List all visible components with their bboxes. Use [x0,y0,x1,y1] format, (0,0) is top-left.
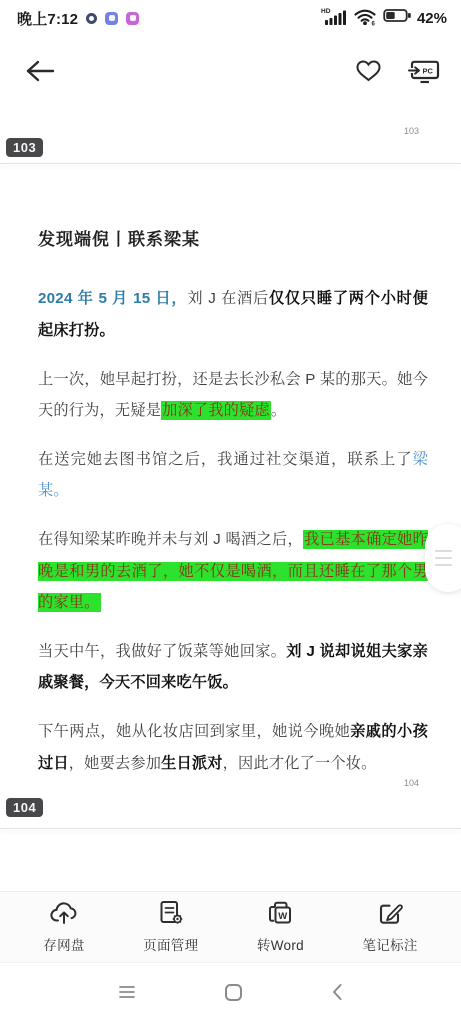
paragraph-text: 下午两点，她从化妆店回到家里，她说今晚她 [38,723,350,740]
back-button[interactable] [24,58,56,87]
page-manage-button[interactable]: 页面管理 [143,900,198,954]
paragraph-6: 下午两点，她从化妆店回到家里，她说今晚她亲戚的小孩过日，她要去参加生日派对，因此… [38,716,428,779]
pc-label: PC [423,67,434,76]
paragraph-4: 在得知梁某昨晚并未与刘 J 喝酒之后，我已基本确定她昨晚是和男的去酒了，她不仅是… [38,524,428,619]
paragraph-text: ，因此才化了一个妆。 [223,755,377,772]
paragraph-text: 在得知梁某昨晚并未与刘 J 喝酒之后， [38,531,303,548]
send-to-pc-button[interactable]: PC [408,57,441,87]
tool-label: 存网盘 [43,934,84,954]
page-manage-icon [157,900,185,929]
back-arrow-icon [24,58,56,87]
chevron-left-icon [331,983,343,1004]
screen: 晚上7:12 HD [0,0,461,1024]
notification-dot-icon [86,13,97,24]
document-title: 发现端倪丨联系梁某 [38,222,428,257]
notification-app-icon-blue [105,12,118,25]
scroll-handle[interactable] [425,524,461,592]
nav-back-button[interactable] [331,983,343,1004]
page-divider [0,828,461,830]
tool-label: 转Word [257,934,304,954]
page-badge-103: 103 [6,138,43,157]
paragraph-3: 在送完她去图书馆之后，我通过社交渠道，联系上了梁某。 [38,444,428,507]
paragraph-text: 。 [271,402,286,419]
app-bar: PC [0,44,461,100]
battery-percent: 42% [417,10,447,27]
note-annotate-icon [377,900,404,929]
note-annotate-button[interactable]: 笔记标注 [362,900,417,954]
favorite-button[interactable] [355,59,382,86]
paragraph-text: 刘 J 在酒后 [187,290,269,307]
page-corner-number-103: 103 [404,126,419,136]
page-badge-104: 104 [6,798,43,817]
system-nav-bar [0,962,461,1024]
word-glyph: W [279,911,288,922]
bold-text: 生日派对 [161,755,223,772]
battery-icon [383,8,412,28]
tool-label: 笔记标注 [362,934,417,954]
bottom-toolbar: 存网盘 页面管理 [0,891,461,962]
convert-word-button[interactable]: W 转Word [257,900,304,954]
status-time: 晚上7:12 [17,8,78,29]
nav-home-button[interactable] [224,983,243,1005]
wifi6-label: 6 [371,21,375,25]
page-corner-number-104: 104 [404,778,419,788]
paragraph-2: 上一次，她早起打扮，还是去长沙私会 P 某的那天。她今天的行为，无疑是加深了我的… [38,364,428,427]
send-to-pc-icon: PC [408,57,441,87]
wifi-icon: 6 [353,6,378,31]
paragraph-text: 在送完她去图书馆之后，我通过社交渠道，联系上了 [38,451,413,468]
paragraph-5: 当天中午，我做好了饭菜等她回家。刘 J 说却说姐夫家亲戚聚餐，今天不回来吃午饭。 [38,636,428,699]
highlighted-text: 加深了我的疑虑 [161,401,271,420]
convert-word-icon: W [266,900,294,929]
paragraph-text: 当天中午，我做好了饭菜等她回家。 [38,643,286,660]
notification-app-icon-purple [126,12,139,25]
save-to-cloud-button[interactable]: 存网盘 [43,900,84,954]
status-bar: 晚上7:12 HD [0,0,461,36]
tool-label: 页面管理 [143,934,198,954]
heart-icon [355,59,382,86]
paragraph-text: ，她要去参加 [69,755,161,772]
nav-menu-button[interactable] [118,985,136,1002]
menu-icon [118,985,136,1002]
signal-icon: HD [318,6,348,31]
home-square-icon [224,983,243,1005]
paragraph-1: 2024 年 5 月 15 日，刘 J 在酒后仅仅只睡了两个小时便起床打扮。 [38,283,428,346]
document-page: 发现端倪丨联系梁某 2024 年 5 月 15 日，刘 J 在酒后仅仅只睡了两个… [38,222,428,796]
date-text: 2024 年 5 月 15 日， [38,290,187,307]
page-divider [0,163,461,165]
hd-label: HD [321,8,331,15]
paragraph-text: 。 [53,482,68,499]
cloud-upload-icon [49,900,79,929]
